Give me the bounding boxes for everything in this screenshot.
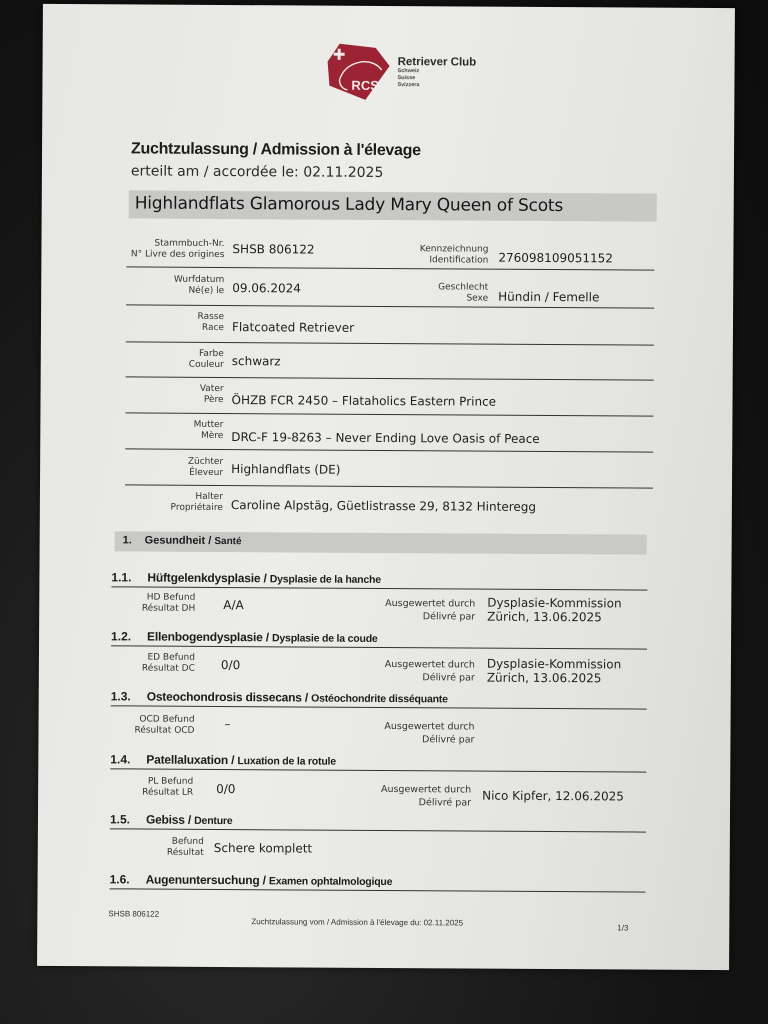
ed-evaluator-label: Ausgewertet durchDélivré par: [355, 658, 475, 685]
page-number: 1/3: [617, 923, 628, 932]
registry-label: Stammbuch-Nr.N° Livre des origines: [126, 238, 224, 261]
identification-label: KennzeichnungIdentification: [394, 244, 488, 267]
issue-date: erteilt am / accordée le: 02.11.2025: [131, 163, 384, 181]
ocd-result: –: [225, 717, 231, 731]
subsection-dentition: 1.5. Gebiss / Denture: [110, 810, 646, 832]
subsection-elbow-dysplasia: 1.2. Ellenbogendysplasie / Dysplasie de …: [111, 627, 647, 649]
sex: Hündin / Femelle: [498, 290, 599, 305]
breed: Flatcoated Retriever: [232, 320, 354, 335]
hd-result: A/A: [223, 598, 244, 612]
color: schwarz: [232, 354, 281, 368]
identification-number: 276098109051152: [498, 251, 613, 266]
section-health-title: Gesundheit / Santé: [145, 535, 242, 548]
owner-label: HalterPropriétaire: [125, 491, 223, 514]
hd-result-label: HD BefundRésultat DH: [105, 592, 195, 615]
footer-admission-date: Zuchtzulassung vom / Admission à l'éleva…: [251, 917, 463, 927]
sex-label: GeschlechtSexe: [394, 282, 488, 305]
breed-label: RasseRace: [126, 311, 224, 334]
section-health: 1. Gesundheit / Santé: [115, 531, 647, 554]
field-row-color: FarbeCouleur schwarz: [126, 342, 654, 380]
dog-name-bar: Highlandflats Glamorous Lady Mary Queen …: [129, 190, 657, 221]
field-row-sire: VaterPère ÖHZB FCR 2450 – Flataholics Ea…: [125, 378, 653, 416]
dam: DRC-F 19-8263 – Never Ending Love Oasis …: [231, 430, 540, 446]
birthdate-label: WurfdatumNé(e) le: [126, 274, 224, 297]
ocd-evaluator-label: Ausgewertet durchDélivré par: [354, 720, 474, 747]
ed-result: 0/0: [221, 658, 240, 672]
pl-result: 0/0: [216, 782, 235, 796]
subsection-eye-exam: 1.6. Augenuntersuchung / Examen ophtalmo…: [110, 870, 646, 892]
ocd-result-label: OCD BefundRésultat OCD: [104, 714, 194, 737]
owner: Caroline Alpstäg, Güetlistrasse 29, 8132…: [231, 498, 536, 514]
field-row-birth: WurfdatumNé(e) le 09.06.2024 GeschlechtS…: [126, 270, 654, 308]
ed-evaluator: Dysplasie-KommissionZürich, 13.06.2025: [487, 657, 621, 686]
field-row-registry: Stammbuch-Nr.N° Livre des origines SHSB …: [126, 232, 654, 270]
dam-label: MutterMère: [125, 419, 223, 442]
field-row-breed: RasseRace Flatcoated Retriever: [126, 307, 654, 345]
footer-registry: SHSB 806122: [108, 909, 159, 918]
document-title: Zuchtzulassung / Admission à l'élevage: [131, 140, 421, 160]
field-row-owner: HalterPropriétaire Caroline Alpstäg, Güe…: [125, 486, 653, 523]
dog-name: Highlandflats Glamorous Lady Mary Queen …: [135, 193, 563, 216]
birthdate: 09.06.2024: [232, 281, 301, 295]
subsection-hip-dysplasia: 1.1. Hüftgelenkdysplasie / Dysplasie de …: [111, 568, 647, 590]
field-row-dam: MutterMère DRC-F 19-8263 – Never Ending …: [125, 414, 653, 452]
hd-evaluator-label: Ausgewertet durchDélivré par: [355, 597, 475, 624]
svg-text:RCS: RCS: [351, 78, 379, 93]
club-name: Retriever Club: [398, 56, 477, 68]
subsection-ocd: 1.3. Osteochondrosis dissecans / Ostéoch…: [111, 687, 647, 709]
dentition-result: Schere komplett: [214, 841, 312, 856]
color-label: FarbeCouleur: [126, 348, 224, 371]
pl-evaluator-label: Ausgewertet durchDélivré par: [351, 783, 471, 810]
hd-evaluator: Dysplasie-KommissionZürich, 13.06.2025: [487, 596, 621, 625]
document-page: RCS Retriever Club Schweiz Suisse Svizze…: [37, 4, 735, 970]
dentition-result-label: BefundRésultat: [114, 836, 204, 859]
ed-result-label: ED BefundRésultat DC: [105, 652, 195, 675]
sire: ÖHZB FCR 2450 – Flataholics Eastern Prin…: [231, 393, 496, 409]
breeder: Highlandflats (DE): [231, 462, 340, 477]
club-logo: RCS Retriever Club Schweiz Suisse Svizze…: [325, 40, 545, 111]
registry-number: SHSB 806122: [232, 242, 314, 257]
language-it: Svizzera: [397, 82, 476, 89]
sire-label: VaterPère: [125, 383, 223, 406]
field-row-breeder: ZüchterÉleveur Highlandflats (DE): [125, 450, 653, 488]
subsection-patella-luxation: 1.4. Patellaluxation / Luxation de la ro…: [110, 750, 646, 772]
pl-evaluator: Nico Kipfer, 12.06.2025: [482, 789, 624, 804]
pl-result-label: PL BefundRésultat LR: [103, 776, 193, 799]
rcs-logo-icon: RCS: [325, 40, 391, 102]
breeder-label: ZüchterÉleveur: [125, 456, 223, 479]
